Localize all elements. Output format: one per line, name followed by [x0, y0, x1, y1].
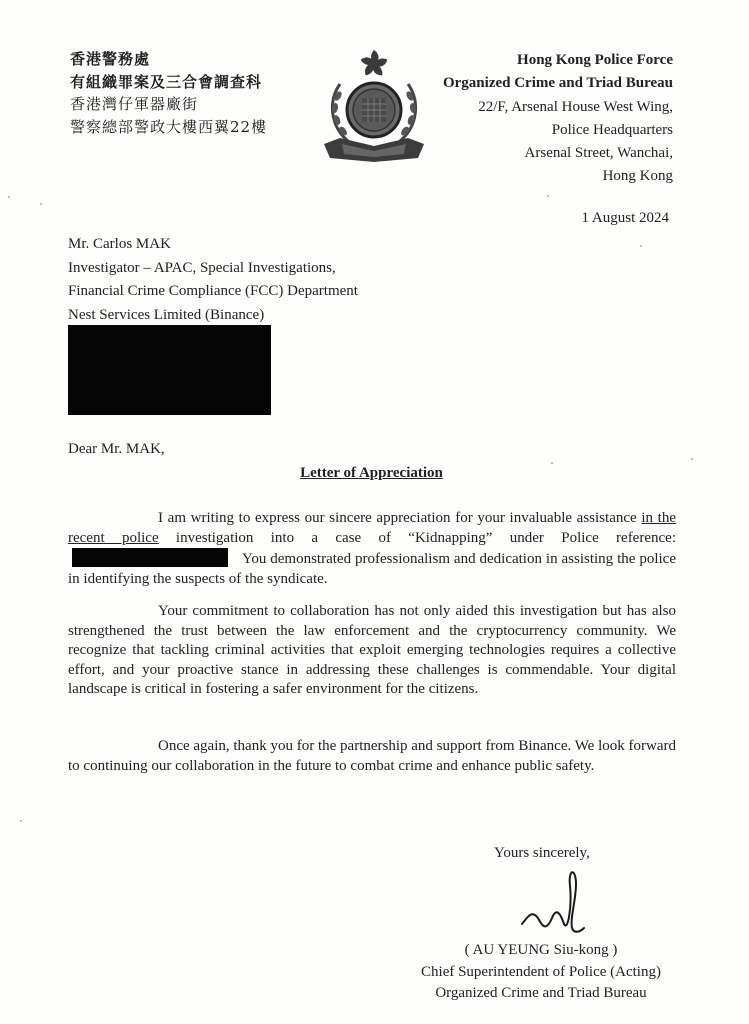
scan-speck — [40, 203, 42, 205]
address-line-4: Hong Kong — [443, 165, 673, 188]
english-letterhead: Hong Kong Police Force Organized Crime a… — [443, 49, 673, 189]
address-line-3: Arsenal Street, Wanchai, — [443, 142, 673, 165]
closing: Yours sincerely, — [494, 845, 590, 862]
letter-date: 1 August 2024 — [581, 210, 669, 227]
cn-address-line-1: 香港灣仔軍器廠街 — [70, 93, 267, 116]
body-paragraph-3: Once again, thank you for the partnershi… — [68, 737, 676, 776]
scan-speck — [551, 462, 553, 464]
address-line-1: 22/F, Arsenal House West Wing, — [443, 96, 673, 119]
recipient-block: Mr. Carlos MAK Investigator – APAC, Spec… — [68, 233, 358, 327]
subject-text: Letter of Appreciation — [300, 465, 443, 481]
signatory-unit: Organized Crime and Triad Bureau — [405, 983, 677, 1005]
recipient-company: Nest Services Limited (Binance) — [68, 304, 358, 328]
cn-address-line-2: 警察總部警政大樓西翼22樓 — [70, 116, 267, 139]
letter-subject: Letter of Appreciation — [0, 465, 749, 482]
signatory-name: ( AU YEUNG Siu-kong ) — [405, 940, 677, 962]
org-name: Hong Kong Police Force — [443, 49, 673, 72]
scan-speck — [547, 195, 549, 197]
signatory-title: Chief Superintendent of Police (Acting) — [405, 962, 677, 984]
bureau-name: Organized Crime and Triad Bureau — [443, 72, 673, 95]
body-paragraph-2: Your commitment to collaboration has not… — [68, 602, 676, 700]
signature-icon — [510, 866, 590, 938]
scan-speck — [20, 820, 22, 822]
signatory-block: ( AU YEUNG Siu-kong ) Chief Superintende… — [405, 940, 677, 1005]
cn-bureau-name: 有組織罪案及三合會調查科 — [70, 71, 267, 94]
body-paragraph-1: I am writing to express our sincere appr… — [68, 509, 676, 589]
chinese-letterhead: 香港警務處 有組織罪案及三合會調查科 香港灣仔軍器廠街 警察總部警政大樓西翼22… — [70, 48, 267, 138]
scan-speck — [8, 196, 10, 198]
scan-speck — [691, 458, 693, 460]
address-line-2: Police Headquarters — [443, 119, 673, 142]
recipient-department: Financial Crime Compliance (FCC) Departm… — [68, 280, 358, 304]
redacted-police-reference — [72, 548, 228, 567]
salutation: Dear Mr. MAK, — [68, 441, 165, 458]
recipient-name: Mr. Carlos MAK — [68, 233, 358, 257]
cn-org-name: 香港警務處 — [70, 48, 267, 71]
police-crest-icon — [318, 46, 430, 164]
recipient-title: Investigator – APAC, Special Investigati… — [68, 257, 358, 281]
scan-speck — [640, 245, 642, 247]
redacted-address — [68, 325, 271, 415]
